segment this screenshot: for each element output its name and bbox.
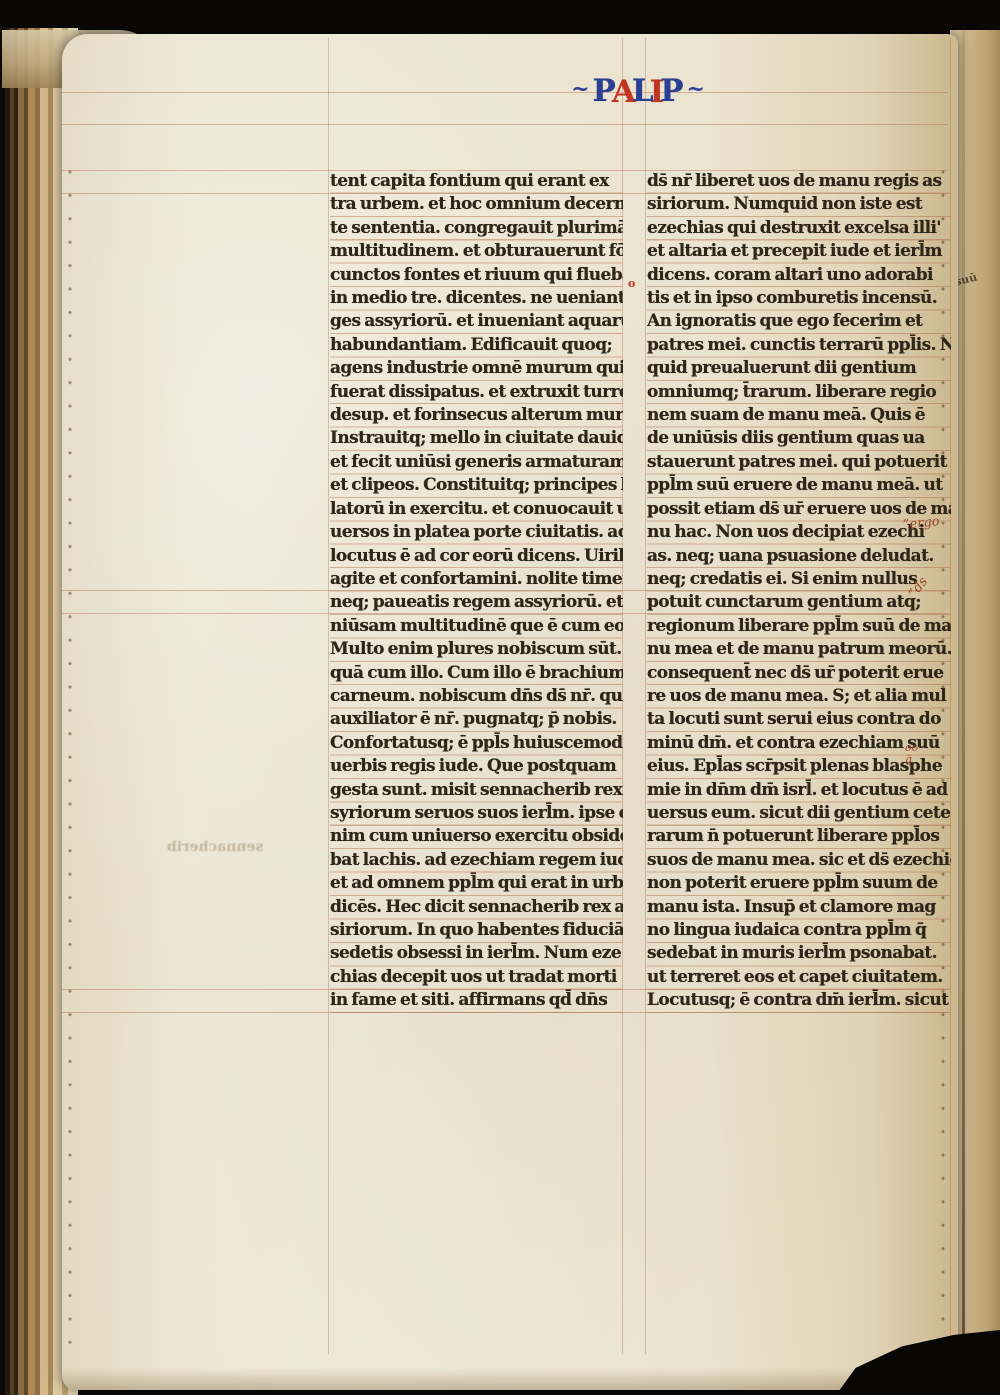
- text-line: tis et in ipso comburetis incensū.: [647, 287, 951, 310]
- text-line: carneum. nobiscum dn̄s ds̄ nr̄. qui: [330, 685, 623, 708]
- text-line: suos de manu mea. sic et ds̄ ezechie: [647, 849, 951, 872]
- text-line: potuit cunctarum gentium atq;: [647, 591, 951, 614]
- text-line: in fame et siti. affirmans qd̄ dn̄s: [330, 989, 623, 1012]
- text-line: dicēs. Hec dicit sennacherib rex as: [330, 896, 623, 919]
- text-line: siriorum. In quo habentes fiduciā.: [330, 919, 623, 942]
- manuscript-page: ~PALIP~ tent capita fontium qui erant ex…: [62, 34, 958, 1390]
- text-line: ds̄ nr̄ liberet uos de manu regis as: [647, 170, 951, 193]
- text-line: rarum n̄ potuerunt liberare ppl̄os: [647, 825, 951, 848]
- text-column-left: tent capita fontium qui erant extra urbe…: [330, 170, 623, 1014]
- text-line: habundantiam. Edificauit quoq;: [330, 334, 623, 357]
- running-title-letter: A: [612, 74, 634, 110]
- text-line: gesta sunt. misit sennacherib rex as: [330, 779, 623, 802]
- text-line: Multo enim plures nobiscum sūt.: [330, 638, 623, 661]
- flourish-icon: ~: [687, 76, 703, 102]
- text-line: agens industrie omnē murum qui: [330, 357, 623, 380]
- text-line: omniumq; t̄rarum. liberare regio: [647, 381, 951, 404]
- text-line: non poterit eruere ppl̄m suum de: [647, 872, 951, 895]
- text-line: niūsam multitudinē que ē cum eo.: [330, 615, 623, 638]
- text-line: te sententia. congregauit plurimā: [330, 217, 623, 240]
- text-line: dicens. coram altari uno adorabi: [647, 264, 951, 287]
- text-line: bat lachis. ad ezechiam regem iuda.: [330, 849, 623, 872]
- text-line: cunctos fontes et riuum qui fluebat: [330, 264, 623, 287]
- text-line: neq; credatis ei. Si enim nullus: [647, 568, 951, 591]
- text-line: neq; paueatis regem assyriorū. et u: [330, 591, 623, 614]
- text-line: quid preualuerunt dii gentium: [647, 357, 951, 380]
- text-line: et clipeos. Constituitq; principes bel: [330, 474, 623, 497]
- text-line: uerbis regis iude. Que postquam: [330, 755, 623, 778]
- rubric-gutter-mark: o: [628, 277, 635, 290]
- text-line: An ignoratis que ego fecerim et: [647, 310, 951, 333]
- text-line: Locutusq; ē contra dm̄ ierl̄m. sicut: [647, 989, 951, 1012]
- text-line: patres mei. cunctis terrarū ppl̄is. Nū: [647, 334, 951, 357]
- text-line: siriorum. Numquid non iste est: [647, 193, 951, 216]
- text-line: stauerunt patres mei. qui potuerit: [647, 451, 951, 474]
- text-line: consequent̄ nec ds̄ ur̄ poterit erue: [647, 662, 951, 685]
- text-line: ges assyriorū. et inueniant aquarū: [330, 310, 623, 333]
- text-line: agite et confortamini. nolite timere: [330, 568, 623, 591]
- column-rule: [645, 38, 646, 1354]
- text-line: sedetis obsessi in ierl̄m. Num eze: [330, 942, 623, 965]
- text-line: tra urbem. et hoc omnium decernē: [330, 193, 623, 216]
- text-line: Instrauitq; mello in ciuitate dauid.: [330, 427, 623, 450]
- text-line: ezechias qui destruxit excelsa illi': [647, 217, 951, 240]
- text-line: uersos in platea porte ciuitatis. ac: [330, 521, 623, 544]
- text-line: multitudinem. et obturauerunt fō: [330, 240, 623, 263]
- text-line: syriorum seruos suos ierl̄m. ipse e: [330, 802, 623, 825]
- running-title-letter: P: [660, 73, 681, 109]
- page-crease: [962, 30, 965, 1360]
- text-line: chias decepit uos ut tradat morti: [330, 966, 623, 989]
- text-line: desup. et forinsecus alterum murū.: [330, 404, 623, 427]
- text-line: nim cum uniuerso exercitu obside: [330, 825, 623, 848]
- text-line: tent capita fontium qui erant ex: [330, 170, 623, 193]
- ruling-line: [62, 92, 948, 93]
- text-line: fuerat dissipatus. et extruxit turres: [330, 381, 623, 404]
- text-line: ppl̄m suū eruere de manu meā. ut: [647, 474, 951, 497]
- text-line: manu ista. Insup̄ et clamore mag: [647, 896, 951, 919]
- text-line: de uniūsis diis gentium quas ua: [647, 427, 951, 450]
- text-line: Confortatusq; ē ppl̄s huiuscemodi: [330, 732, 623, 755]
- text-line: ta locuti sunt serui eius contra do: [647, 708, 951, 731]
- text-line: regionum liberare ppl̄m suū de ma: [647, 615, 951, 638]
- text-line: et fecit uniūsi generis armaturam: [330, 451, 623, 474]
- text-line: as. neq; uana psuasione deludat.: [647, 545, 951, 568]
- flourish-icon: ~: [571, 76, 587, 102]
- running-title-letter: L: [632, 73, 652, 109]
- running-title: ~PALIP~: [532, 74, 742, 110]
- margin-paragraph-mark: oo q̄: [905, 742, 918, 766]
- running-title-letter: P: [593, 73, 614, 109]
- text-line: et altaria et precepit iude et ierl̄m: [647, 240, 951, 263]
- ink-showthrough: sennacherib: [167, 839, 263, 855]
- manuscript-photo: suū ~PALIP~ tent capita fontium qui eran…: [0, 0, 1000, 1395]
- text-line: no lingua iudaica contra ppl̄m q̄: [647, 919, 951, 942]
- text-line: quā cum illo. Cum illo ē brachium: [330, 662, 623, 685]
- text-line: auxiliator ē nr̄. pugnatq; p̄ nobis.: [330, 708, 623, 731]
- column-rule: [328, 38, 329, 1354]
- ruling-line: [62, 124, 948, 125]
- text-line: re uos de manu mea. S; et alia mul: [647, 685, 951, 708]
- text-line: latorū in exercitu. et conuocauit uni: [330, 498, 623, 521]
- text-line: et ad omnem ppl̄m qui erat in urbe.: [330, 872, 623, 895]
- text-line: ut terreret eos et capet ciuitatem.: [647, 966, 951, 989]
- text-line: uersus eum. sicut dii gentium cete: [647, 802, 951, 825]
- margin-note-ergo: ”ergo: [902, 516, 940, 532]
- text-line: nem suam de manu meā. Quis ē: [647, 404, 951, 427]
- text-line: mie in dn̄m dm̄ isrl̄. et locutus ē ad: [647, 779, 951, 802]
- pricking-holes: [68, 170, 72, 1350]
- text-line: nu mea et de manu patrum meorū.: [647, 638, 951, 661]
- text-line: in medio tre. dicentes. ne ueniant re: [330, 287, 623, 310]
- text-line: sedebat in muris ierl̄m psonabat.: [647, 942, 951, 965]
- text-line: locutus ē ad cor eorū dicens. Uirilit: [330, 545, 623, 568]
